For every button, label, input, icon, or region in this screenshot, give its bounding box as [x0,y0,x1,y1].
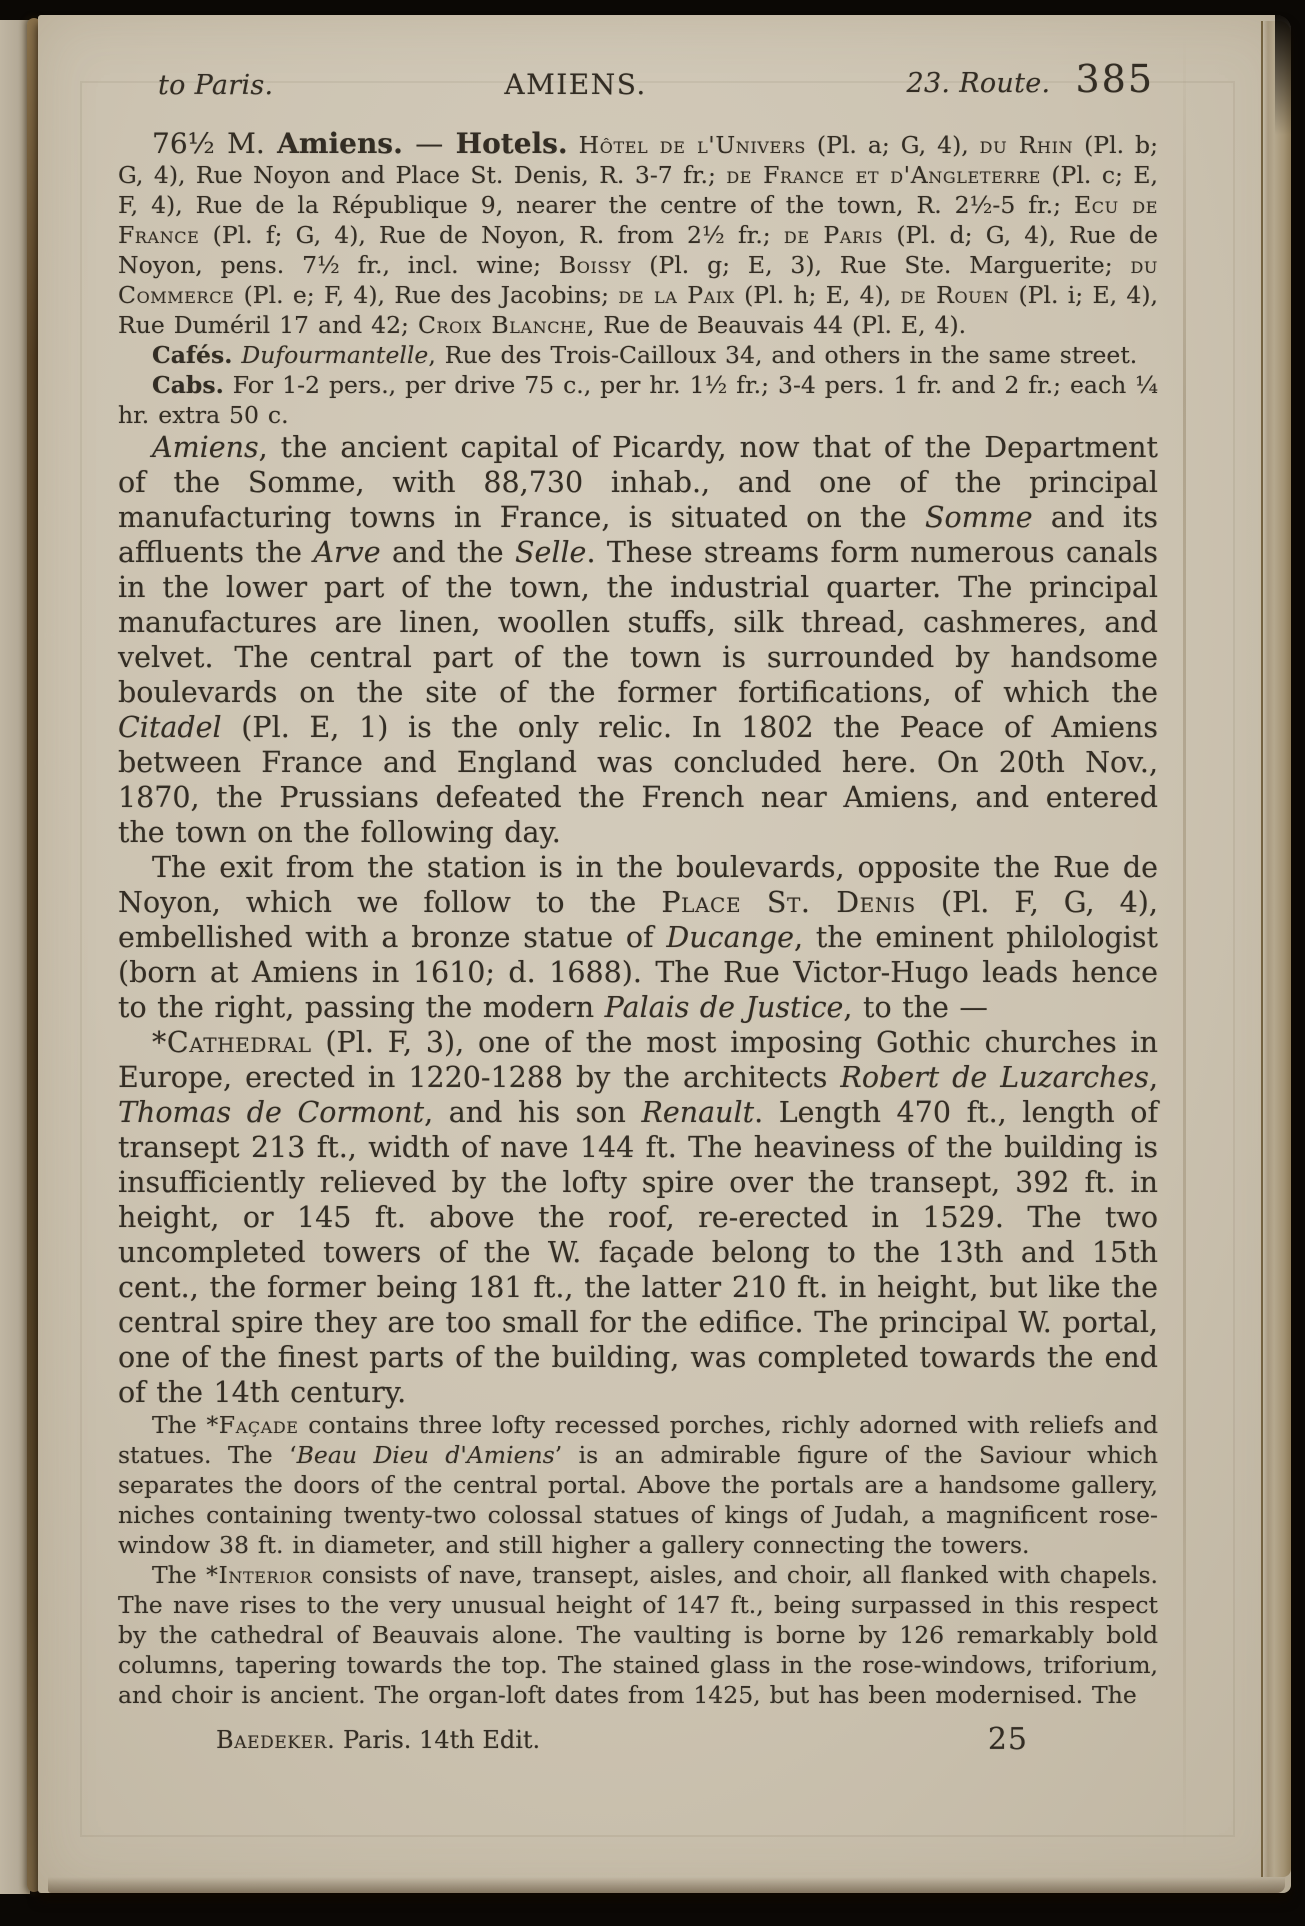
intro-paragraph: Amiens, the ancient capital of Picardy, … [118,430,1158,850]
facade-paragraph: The *Façade contains three lofty recesse… [118,1410,1158,1560]
corner-shadow [1275,15,1291,135]
route-label: 23. Route. [906,68,1050,99]
edition-note: Baedeker. Paris. 14th Edit. [216,1726,540,1754]
page-fore-edge [1261,21,1291,1877]
edition-text: Paris. 14th Edit. [335,1726,540,1754]
running-head: to Paris. AMIENS. 23. Route. 385 [118,59,1158,107]
running-head-title: AMIENS. [504,68,646,101]
scan-background: to Paris. AMIENS. 23. Route. 385 76½ M. … [0,0,1305,1926]
page-content: to Paris. AMIENS. 23. Route. 385 76½ M. … [118,59,1158,1766]
station-exit-paragraph: The exit from the station is in the boul… [118,850,1158,1025]
running-head-right: 23. Route. 385 [906,57,1154,101]
cathedral-paragraph: *Cathedral (Pl. F, 3), one of the most i… [118,1025,1158,1410]
hotels-paragraph: 76½ M. Amiens. — Hotels. Hôtel de l'Univ… [118,129,1158,340]
book-page: to Paris. AMIENS. 23. Route. 385 76½ M. … [38,15,1291,1893]
cafes-paragraph: Cafés. Dufourmantelle, Rue des Trois-Cai… [118,340,1158,370]
interior-paragraph: The *Interior consists of nave, transept… [118,1560,1158,1710]
publisher-name: Baedeker. [216,1726,335,1754]
page-bottom-shadow [48,1877,1285,1893]
adjacent-page-edge [0,20,30,1894]
cabs-paragraph: Cabs. For 1-2 pers., per drive 75 c., pe… [118,370,1158,430]
page-number: 385 [1075,57,1154,101]
signature-number: 25 [988,1722,1028,1757]
text-block: 76½ M. Amiens. — Hotels. Hôtel de l'Univ… [118,129,1158,1710]
running-head-left: to Paris. [158,70,273,101]
page-footer: Baedeker. Paris. 14th Edit. 25 [118,1722,1158,1766]
